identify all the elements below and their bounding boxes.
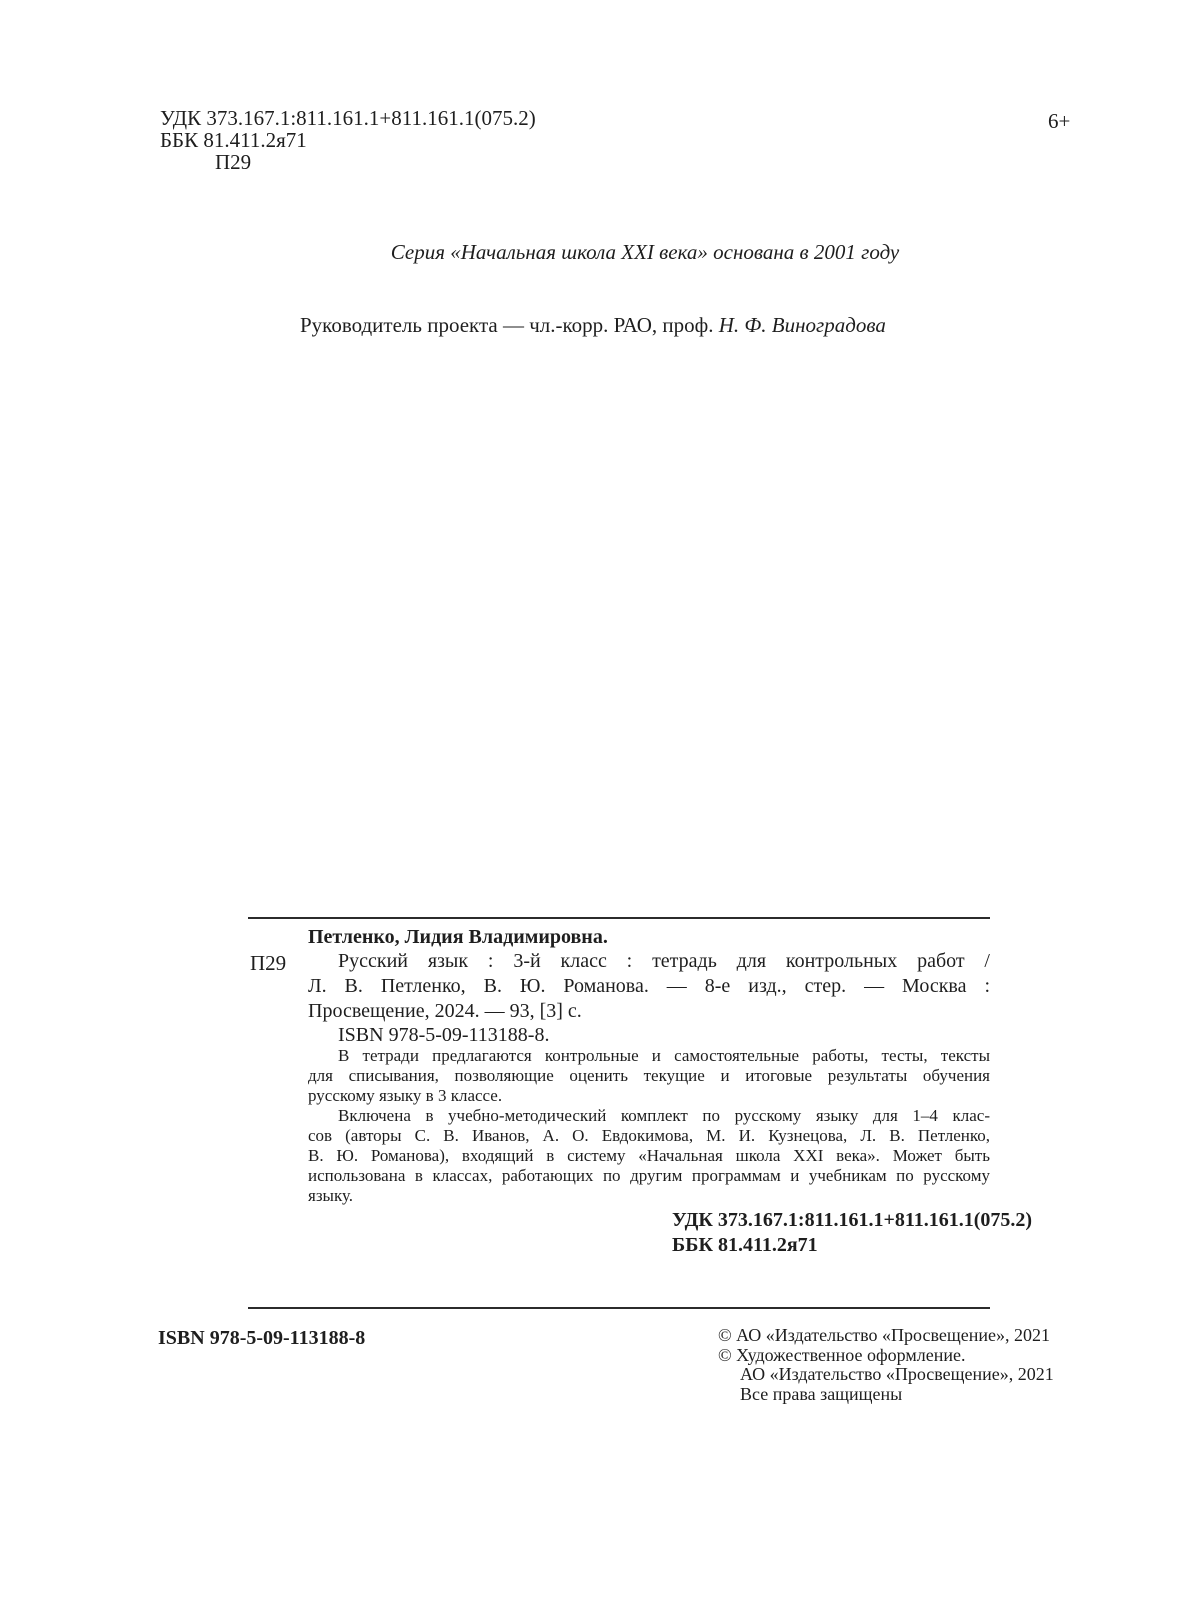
author-sign: П29 <box>215 151 536 173</box>
imprint-page: УДК 373.167.1:811.161.1+811.161.1(075.2)… <box>0 0 1200 1604</box>
catalog-card: П29 Петленко, Лидия Владимировна. Русски… <box>250 925 990 1258</box>
copyright-block: © АО «Издательство «Просвещение», 2021 ©… <box>718 1326 1054 1404</box>
card-udk: УДК 373.167.1:811.161.1+811.161.1(075.2) <box>672 1208 990 1233</box>
divider-bottom <box>248 1307 990 1309</box>
copyright-line: Все права защищены <box>718 1385 1054 1405</box>
series-note: Серия «Начальная школа XXI века» основан… <box>300 239 990 265</box>
annotation-line: для списывания, позволяющие оценить теку… <box>308 1066 990 1086</box>
annotation-line: языку. <box>308 1186 990 1206</box>
bbk-line: ББК 81.411.2я71 <box>160 129 536 151</box>
card-author-heading: Петленко, Лидия Владимировна. <box>308 925 990 949</box>
annotation-line: сов (авторы С. В. Иванов, А. О. Евдокимо… <box>308 1126 990 1146</box>
card-body: Петленко, Лидия Владимировна. Русский яз… <box>308 925 990 1258</box>
bibliographic-description-line: Л. В. Петленко, В. Ю. Романова. — 8-е из… <box>308 974 990 999</box>
card-bbk: ББК 81.411.2я71 <box>672 1233 990 1258</box>
copyright-line: © АО «Издательство «Просвещение», 2021 <box>718 1326 1054 1346</box>
card-author-sign: П29 <box>250 951 286 976</box>
annotation-line: В тетради предлагаются контрольные и сам… <box>308 1046 990 1066</box>
classification-header: УДК 373.167.1:811.161.1+811.161.1(075.2)… <box>160 107 536 173</box>
annotation-line: использована в классах, работающих по др… <box>308 1166 990 1186</box>
copyright-line: АО «Издательство «Просвещение», 2021 <box>718 1365 1054 1385</box>
udk-line: УДК 373.167.1:811.161.1+811.161.1(075.2) <box>160 107 536 129</box>
divider-top <box>248 917 990 919</box>
annotation-line: В. Ю. Романова), входящий в систему «Нач… <box>308 1146 990 1166</box>
bibliographic-description-line: Русский язык : 3-й класс : тетрадь для к… <box>308 949 990 974</box>
bibliographic-description-line: Просвещение, 2024. — 93, [3] с. <box>308 999 990 1024</box>
project-leader-line: Руководитель проекта — чл.-корр. РАО, пр… <box>300 312 886 338</box>
annotation-line: Включена в учебно-методический комплект … <box>308 1106 990 1126</box>
card-classification: УДК 373.167.1:811.161.1+811.161.1(075.2)… <box>672 1208 990 1258</box>
card-isbn: ISBN 978-5-09-113188-8. <box>308 1024 990 1046</box>
age-mark: 6+ <box>1048 109 1070 134</box>
project-leader-prefix: Руководитель проекта — чл.-корр. РАО, пр… <box>300 313 719 337</box>
project-leader-name: Н. Ф. Виноградова <box>719 313 886 337</box>
annotation-line: русскому языку в 3 классе. <box>308 1086 990 1106</box>
copyright-line: © Художественное оформление. <box>718 1346 1054 1366</box>
footer-isbn: ISBN 978-5-09-113188-8 <box>158 1327 365 1350</box>
